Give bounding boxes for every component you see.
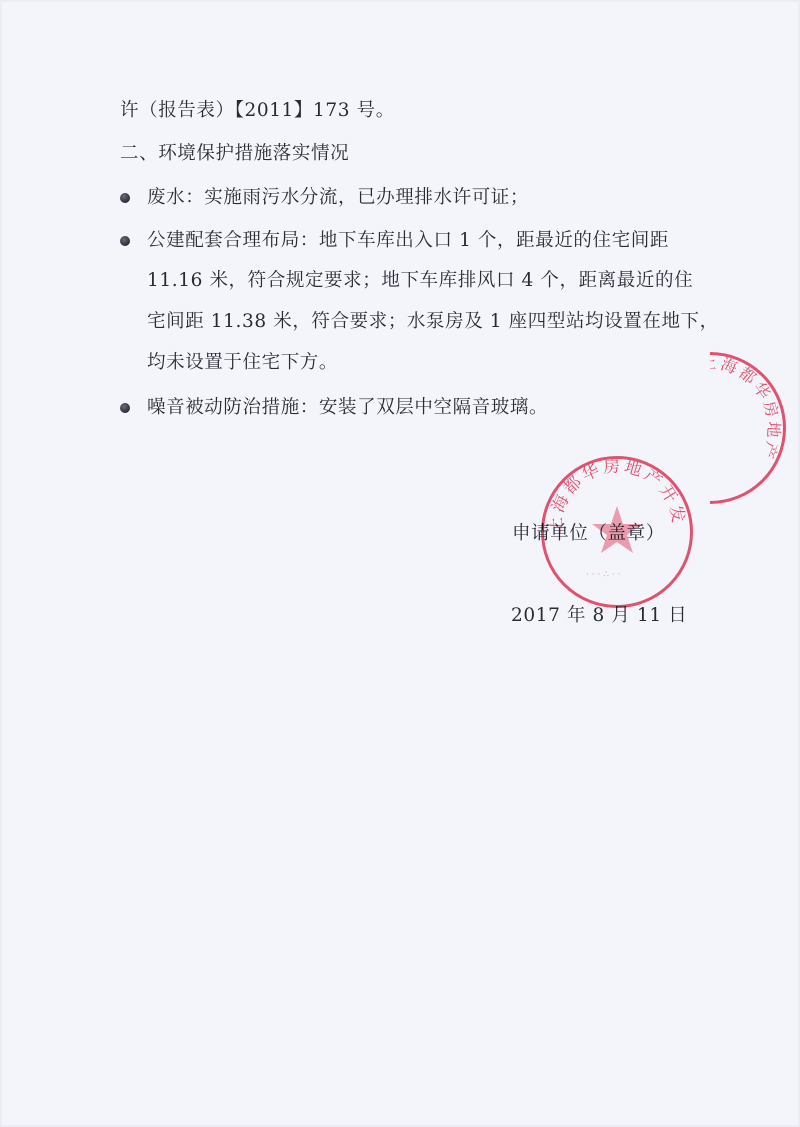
- bullet-text-line-1: 公建配套合理布局：地下车库出入口 1 个，距最近的住宅间距: [147, 230, 669, 252]
- bullet-icon: [120, 403, 130, 413]
- company-seal-stamp: 上海都华房地产开发 · · · ∴ · ·: [541, 456, 693, 608]
- signature-date: 2017 年 8 月 11 日: [511, 605, 687, 627]
- seal-star-icon: 上海都华房地产开发 · · · ∴ · ·: [544, 459, 690, 605]
- bullet-text-line-4: 均未设置于住宅下方。: [147, 352, 338, 374]
- continuation-line: 许（报告表）【2011】173 号。: [120, 100, 395, 122]
- section-heading: 二、环境保护措施落实情况: [120, 143, 349, 165]
- svg-text:· · · ∴ · ·: · · · ∴ · ·: [586, 570, 620, 580]
- bullet-text: 噪音被动防治措施：安装了双层中空隔音玻璃。: [147, 397, 548, 419]
- edge-seal-text: 上海都华房地产: [710, 355, 783, 464]
- edge-seal-graphic: 上海都华房地产: [710, 355, 783, 501]
- edge-seal-stamp: 上海都华房地产: [710, 352, 800, 504]
- bullet-text-line-3: 宅间距 11.38 米，符合要求；水泵房及 1 座四型站均设置在地下，: [147, 311, 719, 333]
- bullet-text-line-2: 11.16 米，符合规定要求；地下车库排风口 4 个，距离最近的住: [147, 270, 693, 292]
- bullet-text: 废水：实施雨污水分流，已办理排水许可证；: [147, 187, 529, 209]
- bullet-icon: [120, 193, 130, 203]
- svg-text:上海都华房地产: 上海都华房地产: [710, 355, 783, 464]
- bullet-icon: [120, 236, 130, 246]
